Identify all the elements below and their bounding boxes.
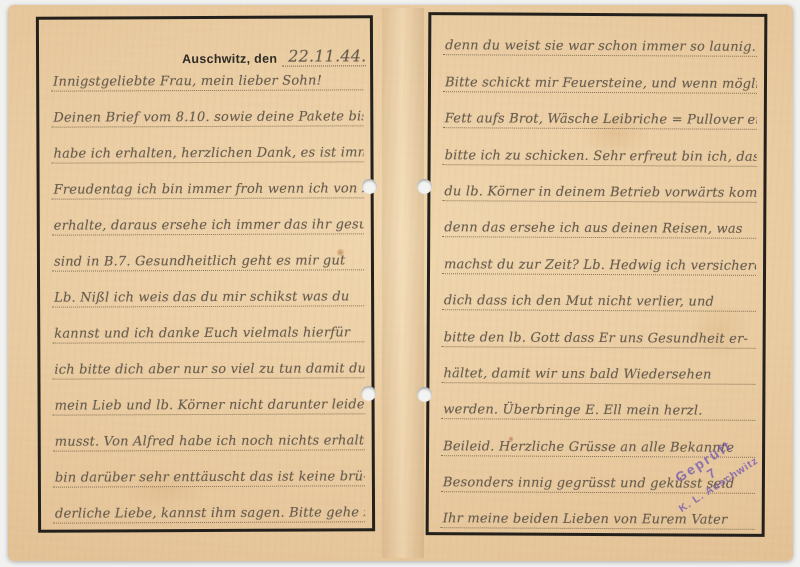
handwritten-line: habe ich erhalten, herzlichen Dank, es i… <box>51 126 363 163</box>
handwritten-line: erhalte, daraus ersehe ich immer das ihr… <box>52 198 364 235</box>
handwritten-line: werden. Überbringe E. Ell mein herzl. <box>441 383 755 421</box>
handwritten-line: kannst und ich danke Euch vielmals hierf… <box>52 306 364 343</box>
handwritten-line: Fett aufs Brot, Wäsche Leibriche = Pullo… <box>443 92 757 130</box>
handwritten-line: Frau Beur, und bitte sie in meinem Namen… <box>53 522 365 532</box>
handwritten-line: denn du weist sie war schon immer so lau… <box>443 19 757 57</box>
handwritten-line: bin darüber sehr enttäuscht das ist kein… <box>53 450 365 487</box>
punch-hole <box>361 386 376 401</box>
handwritten-line: sind in B.7. Gesundheitlich geht es mir … <box>52 234 364 271</box>
handwritten-line: Freudentag ich bin immer froh wenn ich v… <box>52 162 364 199</box>
handwritten-line: denn das ersehe ich aus deinen Reisen, w… <box>442 201 756 239</box>
handwritten-line: bitte ich zu schicken. Sehr erfreut bin … <box>443 128 757 166</box>
handwritten-line: derliche Liebe, kannst ihm sagen. Bitte … <box>53 486 365 523</box>
punch-hole <box>417 179 432 194</box>
handwritten-line: du lb. Körner in deinem Betrieb vorwärts… <box>442 165 756 203</box>
punch-hole <box>417 387 432 402</box>
letter-page-left: Auschwitz, den 22.11.44. Innigstgeliebte… <box>36 15 375 532</box>
handwritten-line: machst du zur Zeit? Lb. Hedwig ich versi… <box>442 238 756 276</box>
handwritten-line: Lb. Nißl ich weis das du mir schikst was… <box>52 270 364 307</box>
handwritten-line: Innigstgeliebte Frau, mein lieber Sohn! <box>51 54 363 91</box>
handwritten-line: mein Lieb und lb. Körner nicht darunter … <box>52 378 364 415</box>
left-page-text: Innigstgeliebte Frau, mein lieber Sohn! … <box>51 54 365 532</box>
handwritten-line: hältet, damit wir uns bald Wiedersehen <box>441 347 755 385</box>
handwritten-line: Deinen Brief vom 8.10. sowie deine Paket… <box>51 90 363 127</box>
letter-photo: Auschwitz, den 22.11.44. Innigstgeliebte… <box>0 0 800 567</box>
fold-crease <box>382 8 424 558</box>
handwritten-line: dich dass ich den Mut nicht verlier, und <box>442 274 756 312</box>
handwritten-line: bitte den lb. Gott dass Er uns Gesundhei… <box>442 310 756 348</box>
handwritten-line: musst. Von Alfred habe ich noch nichts e… <box>53 414 365 451</box>
handwritten-line: ich bitte dich aber nur so viel zu tun d… <box>52 342 364 379</box>
punch-hole <box>362 179 377 194</box>
handwritten-line: Bitte schickt mir Feuersteine, und wenn … <box>443 56 757 94</box>
